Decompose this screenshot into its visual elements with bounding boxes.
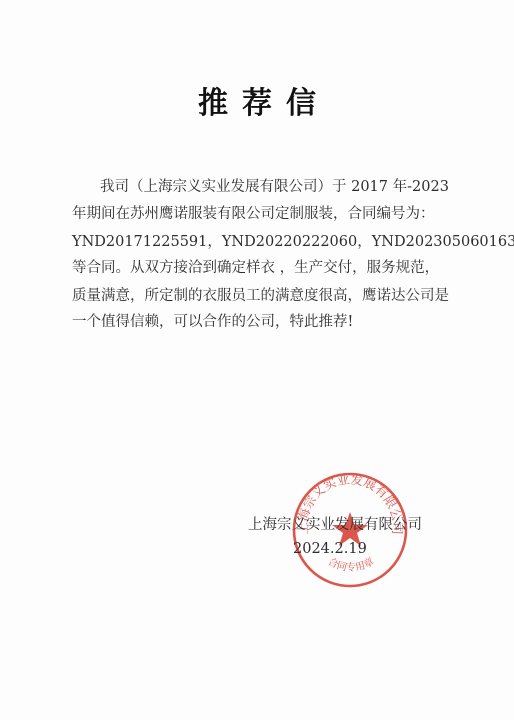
letter-title: 推荐信 bbox=[0, 78, 514, 122]
letter-page: 推荐信 我司（上海宗义实业发展有限公司）于 2017 年-2023 年期间在苏州… bbox=[0, 0, 514, 720]
body-line-2: 年期间在苏州鹰诺服装有限公司定制服装，合同编号为： bbox=[72, 205, 438, 223]
body-line-3: YND20171225591，YND20220222060，YND2023050… bbox=[72, 233, 438, 251]
signature-date: 2024.2.19 bbox=[293, 541, 367, 557]
body-line-5: 质量满意，所定制的衣服员工的满意度很高，鹰诺达公司是 bbox=[72, 287, 438, 305]
svg-text:合同专用章: 合同专用章 bbox=[326, 555, 376, 574]
body-line-6: 一个值得信赖，可以合作的公司，特此推荐! bbox=[72, 313, 438, 331]
stamp-bottom-text: 合同专用章 bbox=[326, 555, 376, 574]
signature-company: 上海宗义实业发展有限公司 bbox=[248, 513, 422, 534]
body-line-4: 等合同。从双方接洽到确定样衣 ，生产交付，服务规范， bbox=[72, 259, 438, 277]
body-line-1: 我司（上海宗义实业发展有限公司）于 2017 年-2023 bbox=[100, 178, 466, 196]
